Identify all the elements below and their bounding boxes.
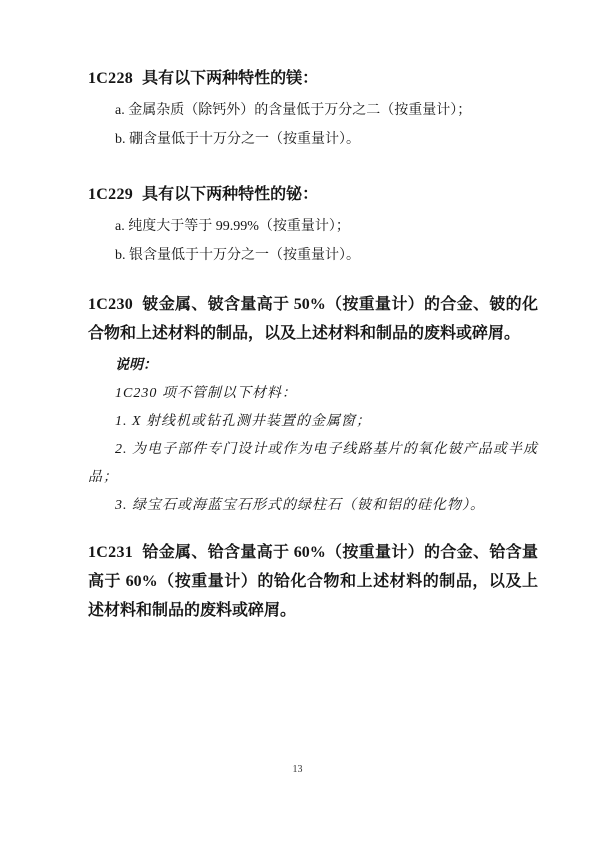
page-number: 13 bbox=[0, 764, 595, 775]
note-label: 说明： bbox=[88, 352, 538, 380]
note-line: 3. 绿宝石或海蓝宝石形式的绿柱石（铍和铝的硅化物）。 bbox=[88, 492, 538, 520]
entry-1c228-items: a. 金属杂质（除钙外）的含量低于万分之二（按重量计）； b. 硼含量低于十万分… bbox=[88, 96, 538, 154]
entry-code: 1C228 bbox=[88, 70, 133, 87]
note-line: 1. X 射线机或钻孔测井装置的金属窗； bbox=[88, 408, 538, 436]
entry-1c230: 1C230铍金属、铍含量高于 50%（按重量计）的合金、铍的化合物和上述材料的制… bbox=[88, 290, 538, 520]
sub-item-b: b. 银含量低于十万分之一（按重量计）。 bbox=[88, 241, 538, 270]
entry-code: 1C230 bbox=[88, 296, 133, 313]
entry-1c229-items: a. 纯度大于等于 99.99%（按重量计）； b. 银含量低于十万分之一（按重… bbox=[88, 212, 538, 270]
entry-1c228: 1C228具有以下两种特性的镁： a. 金属杂质（除钙外）的含量低于万分之二（按… bbox=[88, 64, 538, 154]
entry-code: 1C231 bbox=[88, 544, 133, 561]
entry-title: 具有以下两种特性的铋： bbox=[142, 186, 318, 203]
sub-item-a: a. 纯度大于等于 99.99%（按重量计）； bbox=[88, 212, 538, 241]
entry-1c229: 1C229具有以下两种特性的铋： a. 纯度大于等于 99.99%（按重量计）；… bbox=[88, 180, 538, 270]
document-page: 1C228具有以下两种特性的镁： a. 金属杂质（除钙外）的含量低于万分之二（按… bbox=[0, 0, 595, 841]
entry-1c231-heading: 1C231铪金属、铪含量高于 60%（按重量计）的合金、铪含量高于 60%（按重… bbox=[88, 538, 538, 625]
entry-code: 1C229 bbox=[88, 186, 133, 203]
note-lines: 1C230 项不管制以下材料： 1. X 射线机或钻孔测井装置的金属窗； 2. … bbox=[88, 380, 538, 520]
sub-item-a: a. 金属杂质（除钙外）的含量低于万分之二（按重量计）； bbox=[88, 96, 538, 125]
entry-1c231: 1C231铪金属、铪含量高于 60%（按重量计）的合金、铪含量高于 60%（按重… bbox=[88, 538, 538, 625]
sub-item-b: b. 硼含量低于十万分之一（按重量计）。 bbox=[88, 125, 538, 154]
note-line: 1C230 项不管制以下材料： bbox=[88, 380, 538, 408]
entry-1c229-heading: 1C229具有以下两种特性的铋： bbox=[88, 180, 538, 209]
entry-title: 具有以下两种特性的镁： bbox=[142, 70, 318, 87]
entry-1c230-heading: 1C230铍金属、铍含量高于 50%（按重量计）的合金、铍的化合物和上述材料的制… bbox=[88, 290, 538, 348]
entry-title: 铍金属、铍含量高于 50%（按重量计）的合金、铍的化合物和上述材料的制品，以及上… bbox=[88, 296, 538, 342]
entry-1c228-heading: 1C228具有以下两种特性的镁： bbox=[88, 64, 538, 93]
note-line: 2. 为电子部件专门设计或作为电子线路基片的氧化铍产品或半成品； bbox=[88, 436, 538, 492]
entry-title: 铪金属、铪含量高于 60%（按重量计）的合金、铪含量高于 60%（按重量计）的铪… bbox=[88, 544, 538, 619]
